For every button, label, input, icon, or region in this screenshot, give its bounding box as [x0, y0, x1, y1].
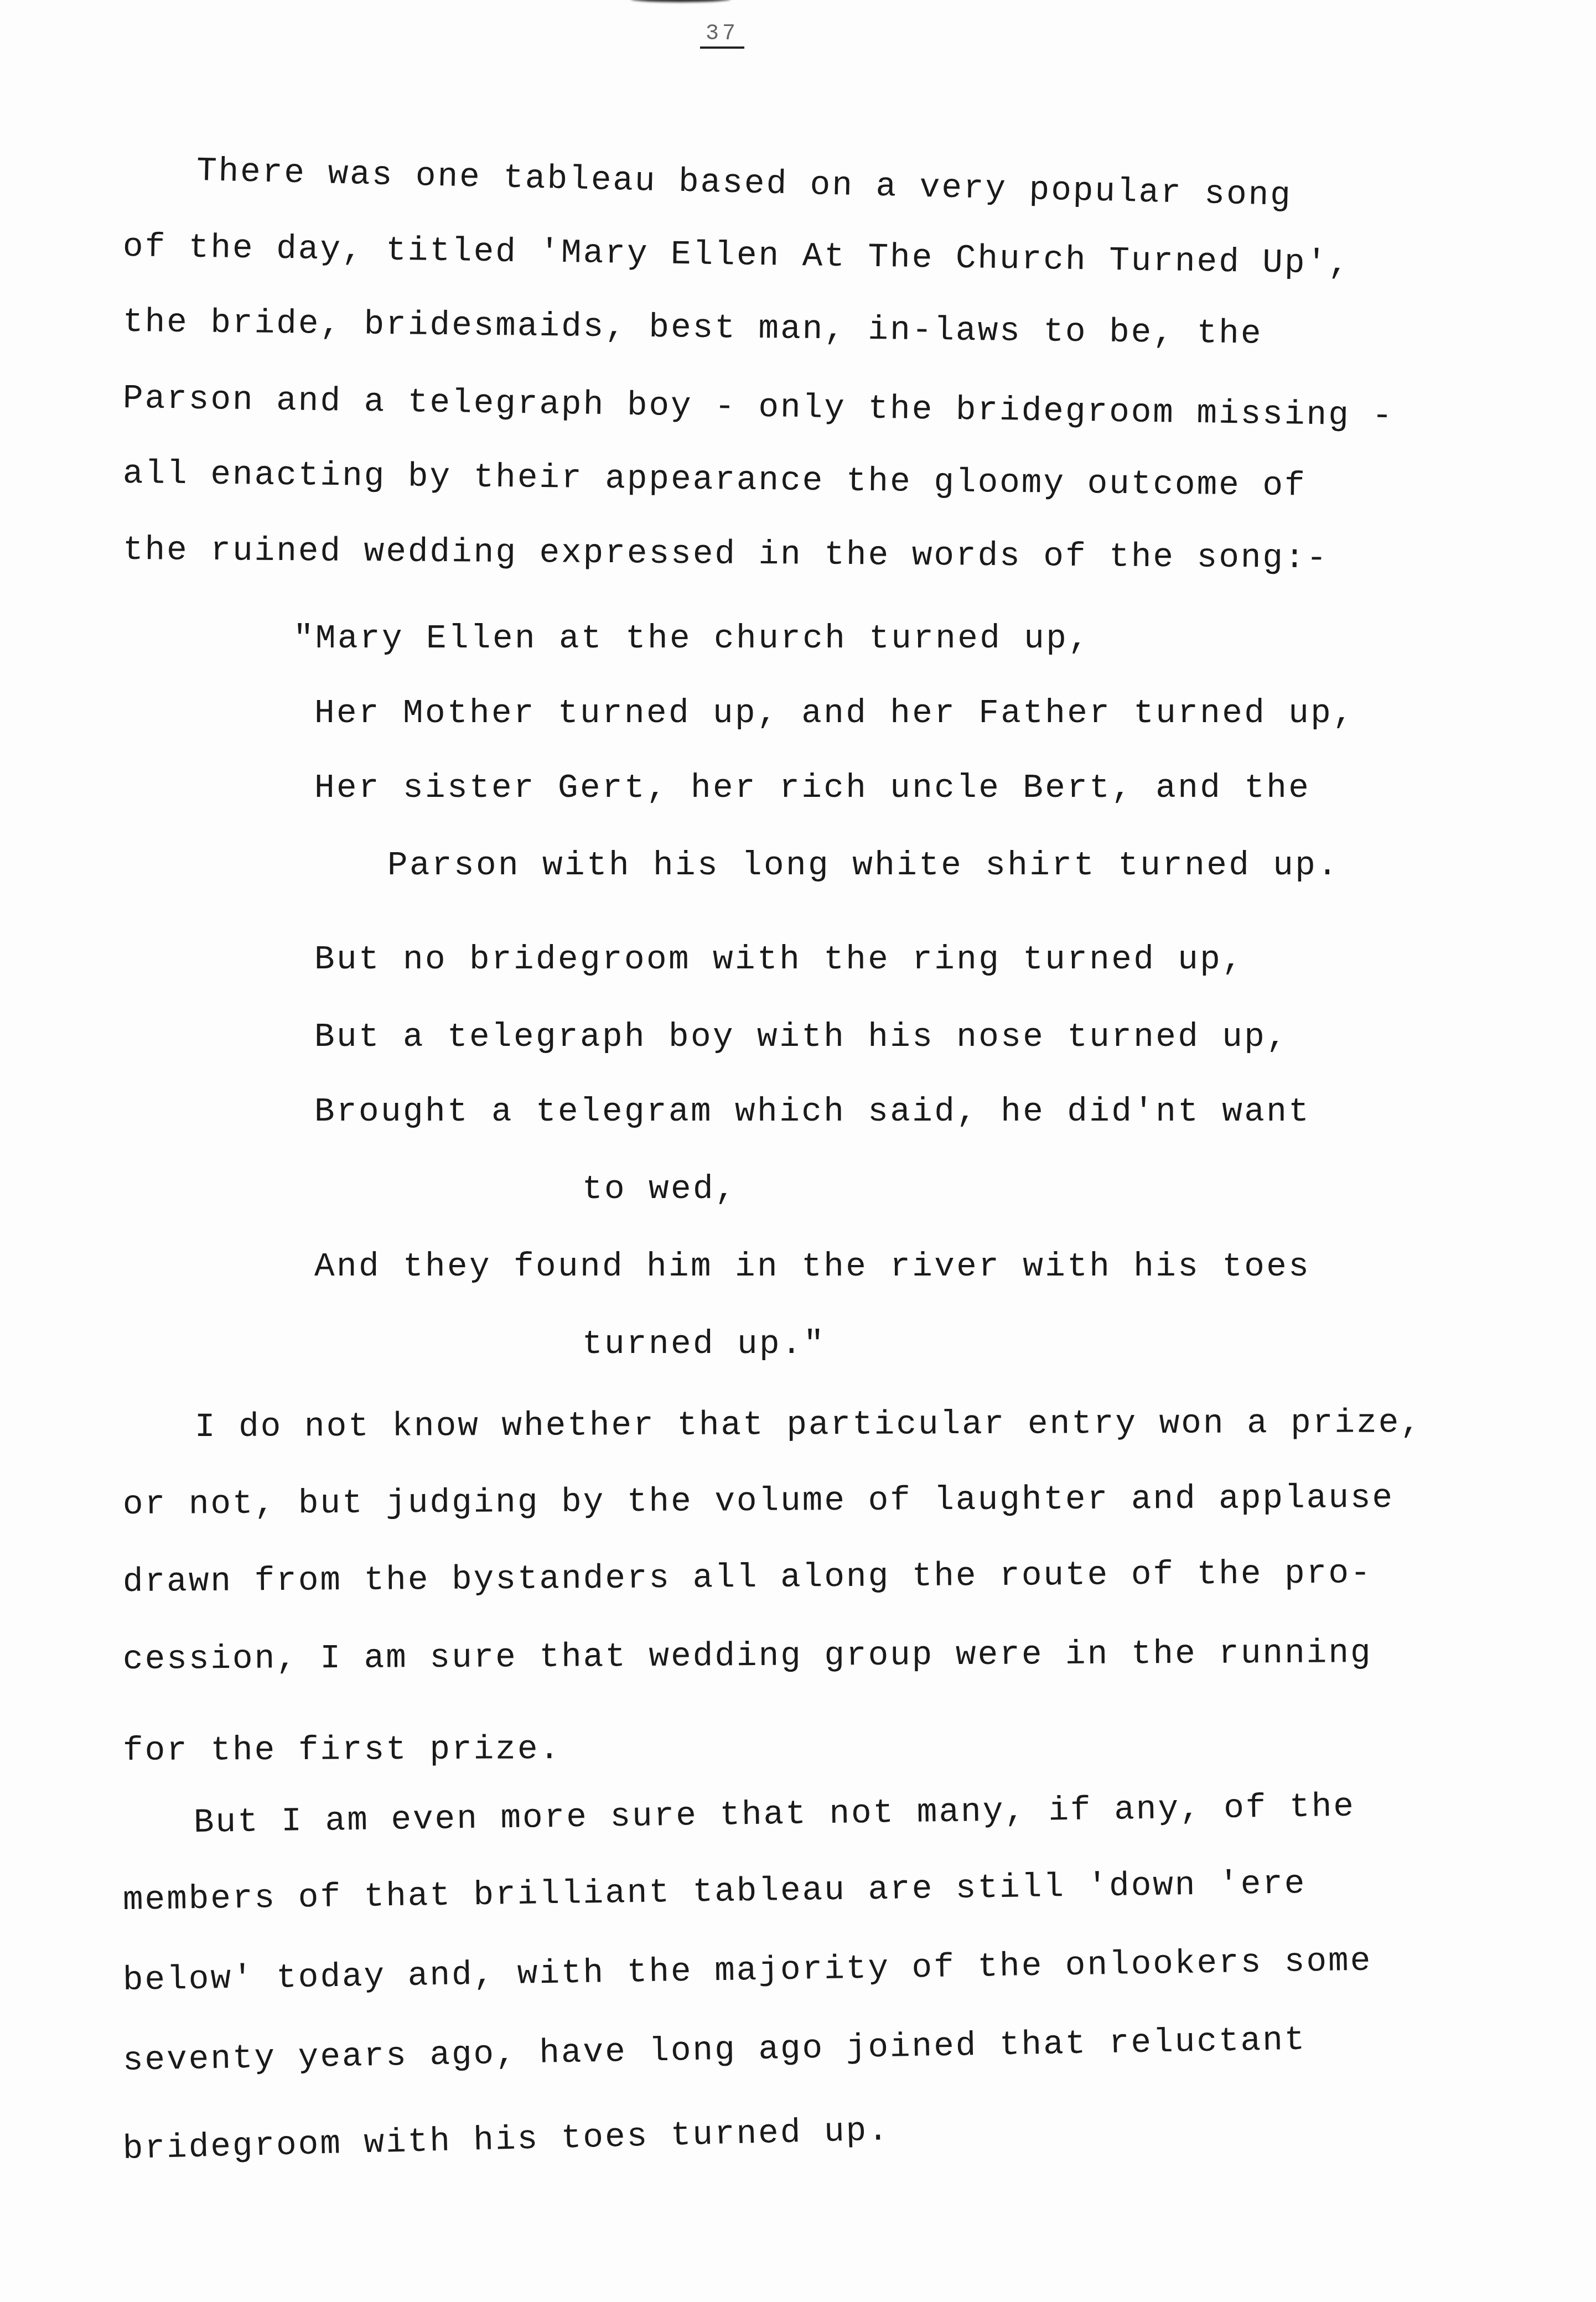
text-line: drawn from the bystanders all along the … — [123, 1554, 1372, 1602]
text-line: I do not know whether that particular en… — [195, 1404, 1422, 1447]
lyric-line: Her Mother turned up, and her Father tur… — [314, 694, 1355, 733]
lyric-line: And they found him in the river with his… — [314, 1248, 1310, 1287]
lyric-line: Parson with his long white shirt turned … — [387, 847, 1339, 885]
lyric-line: Brought a telegram which said, he did'nt… — [314, 1093, 1310, 1132]
text-line: the ruined wedding expressed in the word… — [123, 531, 1329, 578]
lyric-line: turned up." — [582, 1325, 826, 1364]
page-number: 37 — [700, 22, 744, 49]
text-line: Parson and a telegraph boy - only the br… — [123, 380, 1395, 436]
lyric-line: Her sister Gert, her rich uncle Bert, an… — [314, 769, 1310, 808]
text-line: the bride, bridesmaids, best man, in-law… — [123, 303, 1263, 354]
text-line: cession, I am sure that wedding group we… — [123, 1634, 1372, 1679]
lyric-line: But no bridegroom with the ring turned u… — [314, 941, 1244, 979]
text-line: below' today and, with the majority of t… — [122, 1942, 1372, 2000]
typewritten-page: 37 There was one tableau based on a very… — [0, 0, 1596, 2302]
text-line: of the day, titled 'Mary Ellen At The Ch… — [123, 228, 1351, 284]
text-line: members of that brilliant tableau are st… — [123, 1865, 1307, 1920]
text-line: all enacting by their appearance the glo… — [123, 455, 1307, 506]
text-line: But I am even more sure that not many, i… — [194, 1788, 1356, 1843]
text-line: for the first prize. — [123, 1730, 561, 1771]
text-line: or not, but judging by the volume of lau… — [123, 1479, 1394, 1525]
lyric-line: But a telegraph boy with his nose turned… — [314, 1018, 1288, 1057]
text-line: seventy years ago, have long ago joined … — [122, 2021, 1307, 2081]
binding-shadow — [631, 0, 730, 2]
text-line: There was one tableau based on a very po… — [196, 152, 1292, 216]
text-line: bridegroom with his toes turned up. — [122, 2112, 890, 2169]
lyric-line: to wed, — [582, 1170, 737, 1209]
lyric-line: "Mary Ellen at the church turned up, — [293, 620, 1090, 659]
